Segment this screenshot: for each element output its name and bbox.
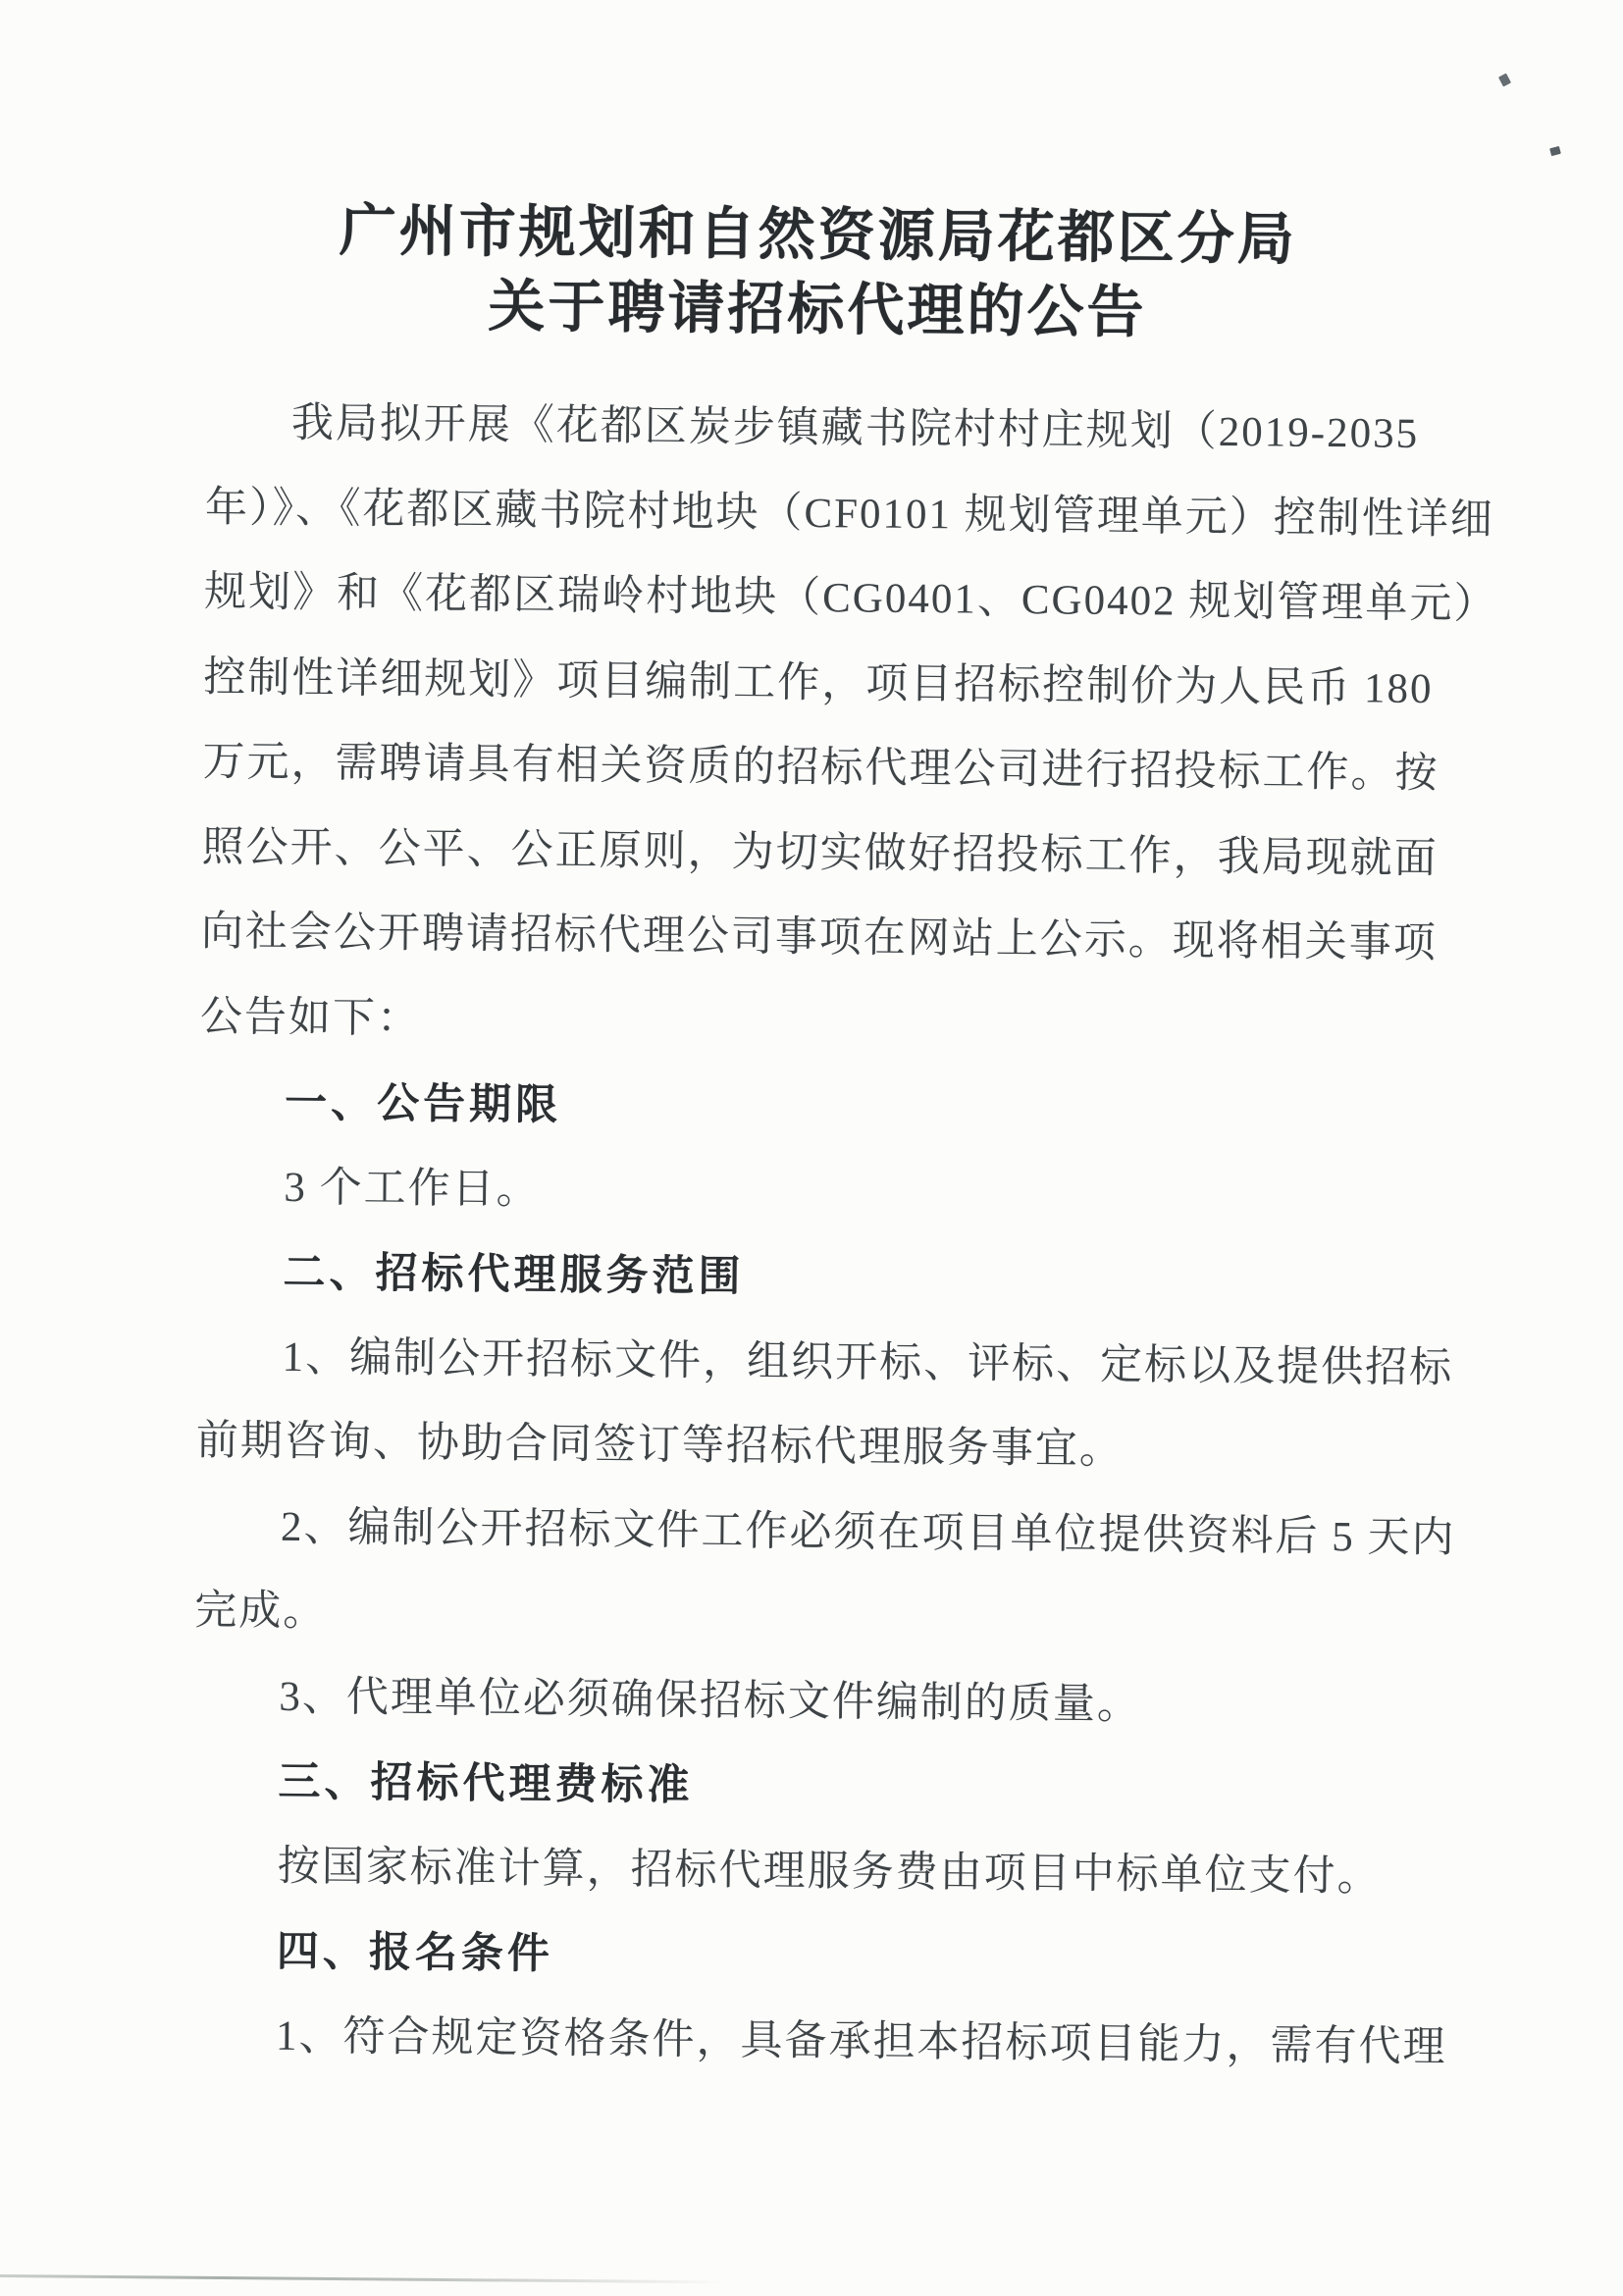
text-line: 向社会公开聘请招标代理公司事项在网站上公示。现将相关事项 xyxy=(200,890,1506,987)
text-line: 照公开、公平、公正原则，为切实做好招投标工作，我局现就面 xyxy=(201,806,1507,903)
text-line: 前期咨询、协助合同签订等招标代理服务事宜。 xyxy=(195,1399,1501,1496)
section-heading: 三、招标代理费标准 xyxy=(192,1739,1498,1836)
document-content: 广州市规划和自然资源局花都区分局 关于聘请招标代理的公告 我局拟开展《花都区炭步… xyxy=(0,0,1623,2296)
text-line: 万元，需聘请具有相关资质的招标代理公司进行招投标工作。按 xyxy=(202,720,1508,817)
text-line: 1、编制公开招标文件，组织开标、评标、定标以及提供招标 xyxy=(196,1315,1502,1412)
text-line: 控制性详细规划》项目编制工作，项目招标控制价为人民币 180 xyxy=(203,636,1509,733)
text-line: 我局拟开展《花都区炭步镇藏书院村村庄规划（2019-2035 xyxy=(205,381,1511,478)
text-line: 1、符合规定资格条件，具备承担本招标项目能力，需有代理 xyxy=(190,1993,1496,2090)
scanned-document-page: 广州市规划和自然资源局花都区分局 关于聘请招标代理的公告 我局拟开展《花都区炭步… xyxy=(0,0,1623,2296)
text-line: 年）》、《花都区藏书院村地块（CF0101 规划管理单元）控制性详细 xyxy=(205,466,1511,563)
section-heading: 四、报名条件 xyxy=(190,1908,1496,2006)
text-line: 3 个工作日。 xyxy=(198,1145,1504,1242)
section-heading: 一、公告期限 xyxy=(199,1060,1505,1157)
text-line: 公告如下： xyxy=(200,975,1506,1072)
text-line: 规划》和《花都区瑞岭村地块（CG0401、CG0402 规划管理单元） xyxy=(204,550,1510,648)
text-line: 2、编制公开招标文件工作必须在项目单位提供资料后 5 天内 xyxy=(195,1485,1501,1582)
section-heading: 二、招标代理服务范围 xyxy=(197,1229,1503,1327)
document-title: 广州市规划和自然资源局花都区分局 关于聘请招标代理的公告 xyxy=(6,190,1623,355)
document-body: 我局拟开展《花都区炭步镇藏书院村村庄规划（2019-2035年）》、《花都区藏书… xyxy=(190,381,1512,2091)
text-line: 完成。 xyxy=(194,1569,1500,1666)
text-line: 按国家标准计算，招标代理服务费由项目中标单位支付。 xyxy=(191,1823,1497,1920)
text-line: 3、代理单位必须确保招标文件编制的质量。 xyxy=(193,1653,1499,1750)
document-title-line-2: 关于聘请招标代理的公告 xyxy=(6,265,1623,355)
